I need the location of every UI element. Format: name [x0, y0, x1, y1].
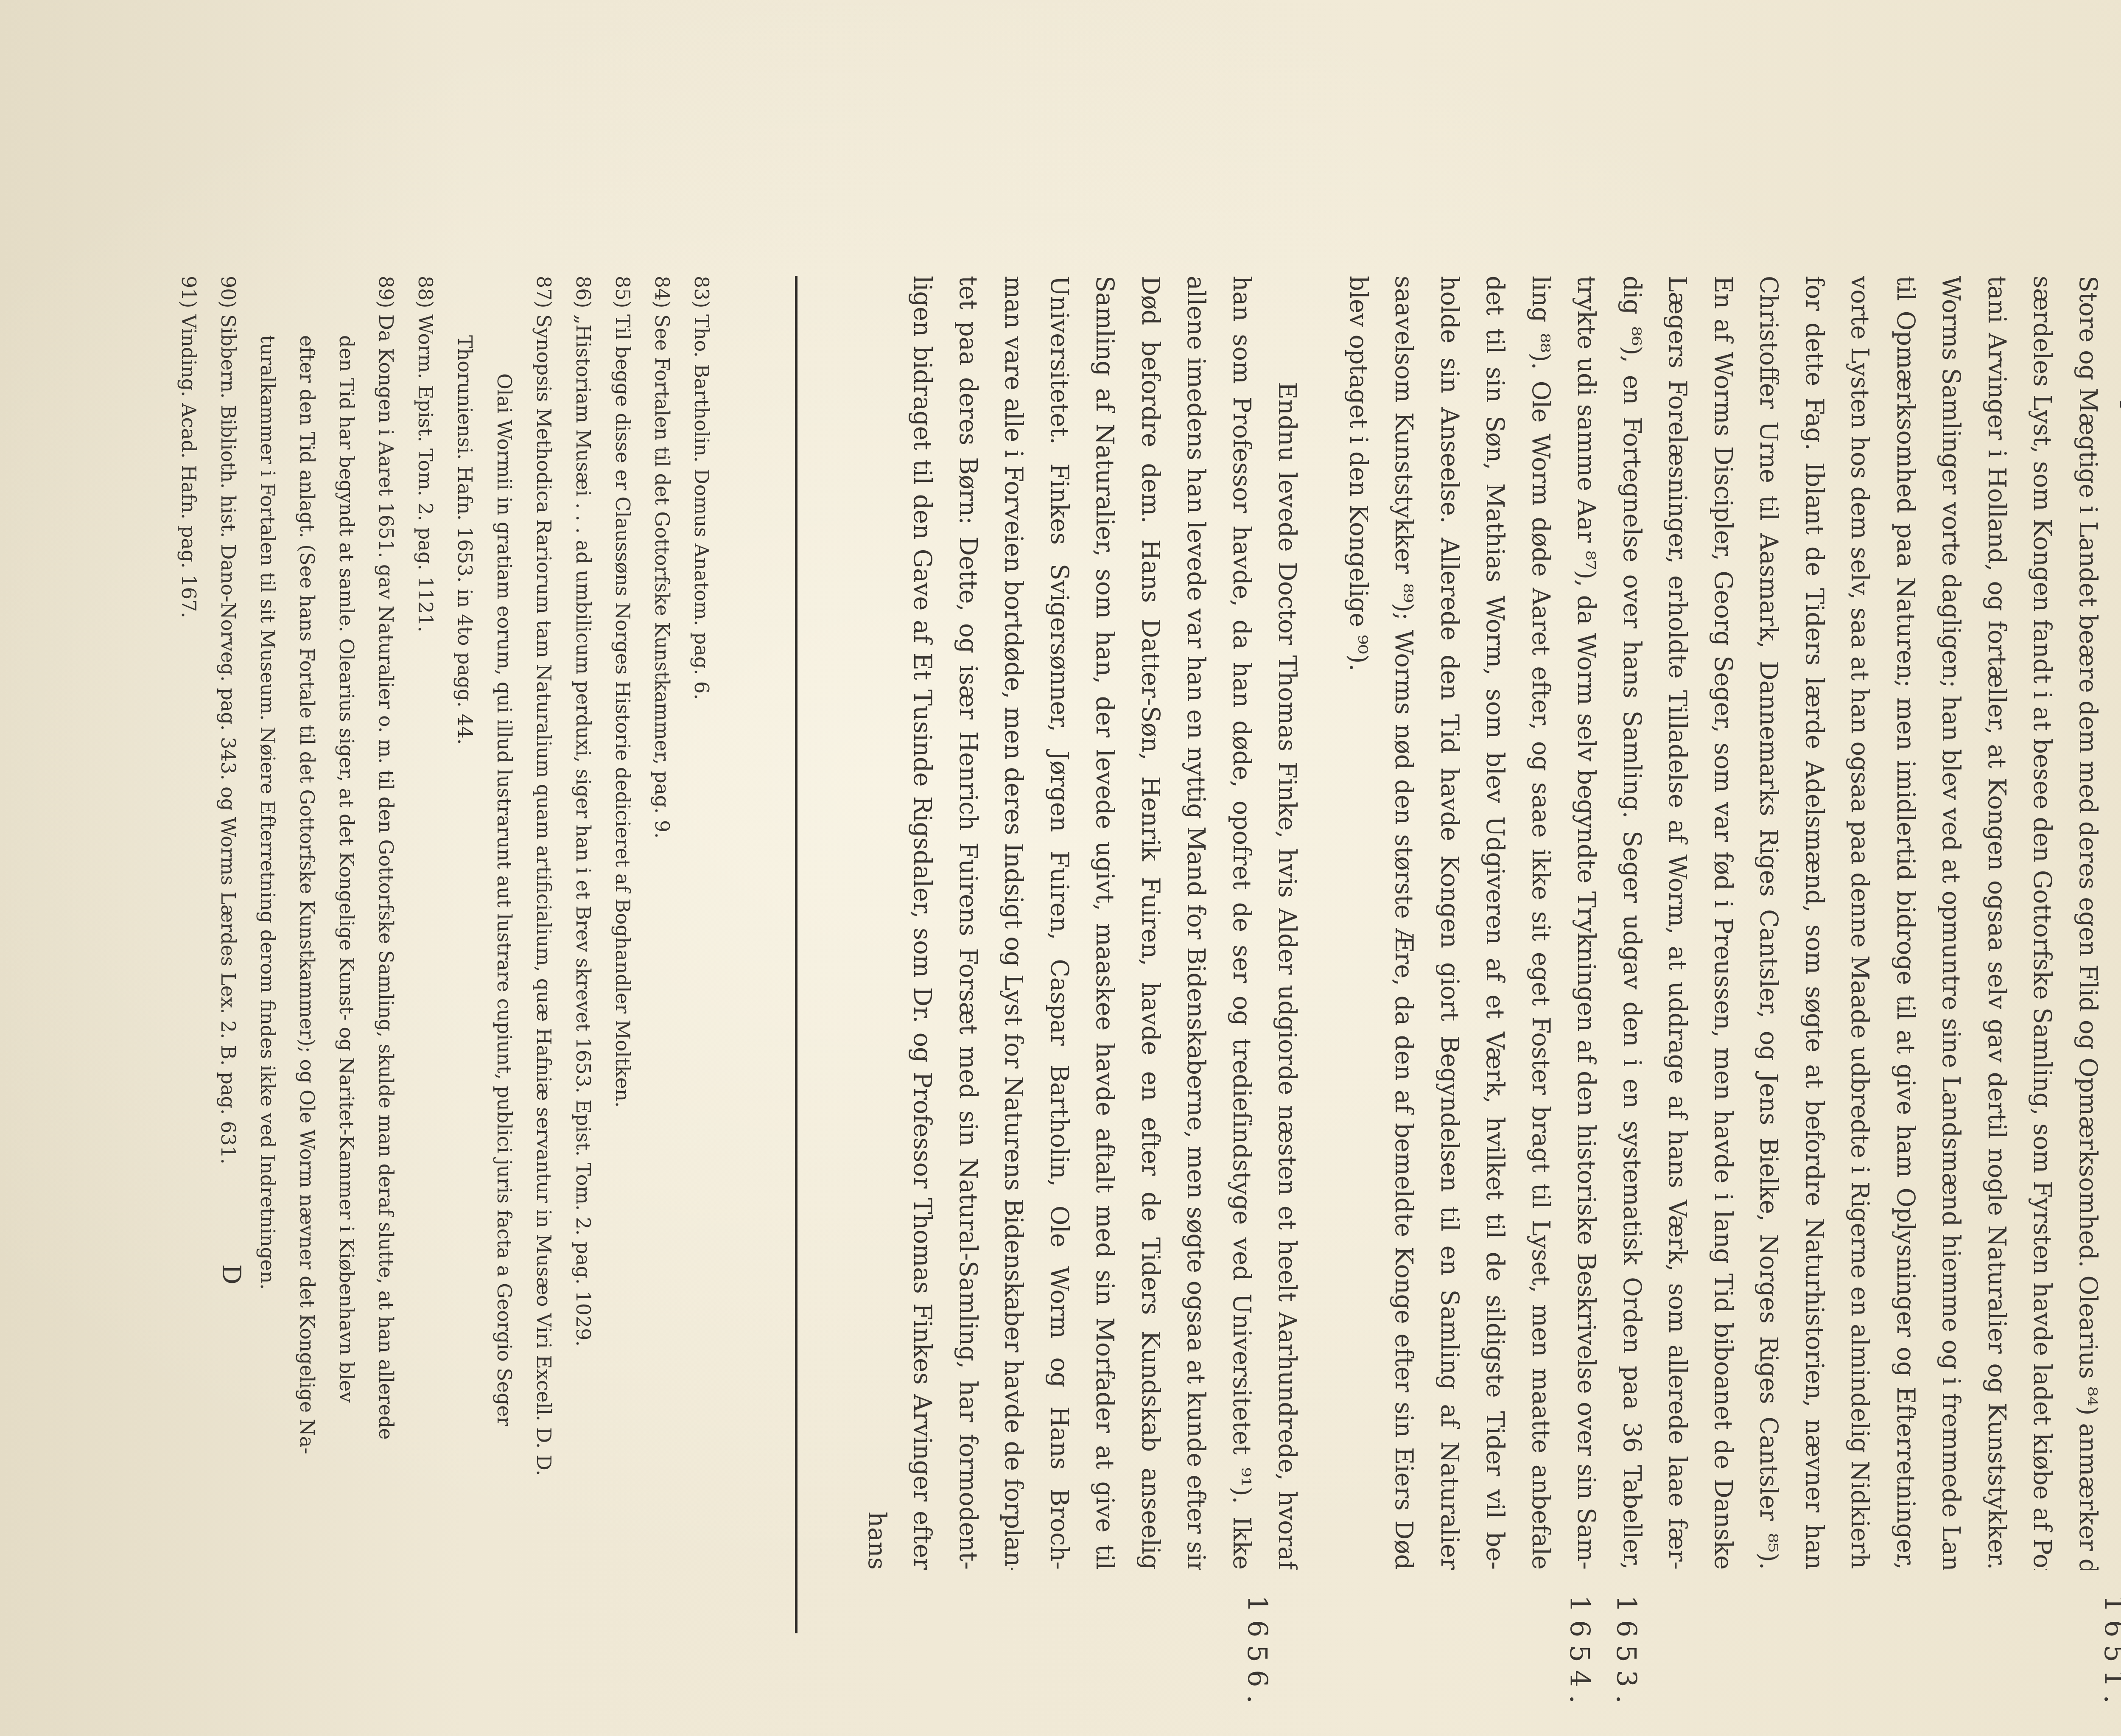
paragraph-2-line: man vare alle i Forveien bortdøde, men d…	[991, 276, 1036, 1570]
signature-mark: D	[216, 1264, 246, 1285]
footnote-89-continuation: turalkammer i Fortalen til sit Museum. N…	[248, 276, 287, 1570]
text-line: tomerede paa Theatret ⁸³), thi han indsa…	[2110, 276, 2121, 1570]
text-line: tani Arvinger i Holland, og fortæller, a…	[1974, 276, 2020, 1570]
text-line: saavelsom Kunststykker ⁸⁹); Worms nød de…	[1381, 276, 1427, 1570]
text-line: Store og Mægtige i Landet beære dem med …	[2065, 276, 2111, 1570]
footnote-87-continuation: Olai Wormii in gratiam eorum, qui illud …	[484, 276, 524, 1570]
text-line: Worms Samlinger vorte dagligen; han blev…	[1928, 276, 1974, 1570]
paragraph-2-line: han som Professor havde, da han døde, op…	[1219, 276, 1265, 1570]
footnote-divider-rule	[795, 276, 797, 1633]
margin-year-1654: 1654.	[1564, 1595, 1595, 1711]
catchword: hans	[854, 276, 900, 1570]
footnote-91: 91) Vinding. Acad. Hafn. pag. 167.	[169, 276, 208, 1570]
footnote-86: 86) „Historiam Musæi . . . ad umbilicum …	[563, 276, 603, 1570]
text-line: for dette Fag. Iblant de Tiders lærde Ad…	[1791, 276, 1837, 1570]
margin-year-1651: 1651.	[2098, 1595, 2121, 1711]
footnote-85: 85) Til begge disse er Claussøns Norges …	[603, 276, 642, 1570]
footnote-90: 90) Sibbern. Biblioth. hist. Dano-Norveg…	[208, 276, 248, 1570]
text-line: ling ⁸⁸). Ole Worm døde Aaret efter, og …	[1518, 276, 1564, 1570]
paragraph-2-line: Død befordre dem. Hans Datter-Søn, Henri…	[1128, 276, 1173, 1570]
footnote-84: 84) See Fortalen til det Gottorfske Kuns…	[642, 276, 682, 1570]
footnote-89-continuation: efter den Tid anlagt. (See hans Fortale …	[287, 276, 327, 1570]
text-line: trykte udi samme Aar ⁸⁷), da Worm selv b…	[1563, 276, 1609, 1570]
text-line: holde sin Anseelse. Allerede den Tid hav…	[1427, 276, 1472, 1570]
paragraph-2-line: allene imedens han levede var han en nyt…	[1173, 276, 1219, 1570]
footnote-87-continuation: Thoruniensi. Hafn. 1653. in 4to pagg. 44…	[445, 276, 484, 1570]
text-line: til Opmærksomhed paa Naturen; men imidle…	[1883, 276, 1928, 1570]
text-line: dig ⁸⁶), en Fortegnelse over hans Samlin…	[1609, 276, 1655, 1570]
paragraph-2-line: tet paa deres Børn: Dette, og især Henri…	[945, 276, 991, 1570]
footnotes: 83) Tho. Bartholin. Domus Anatom. pag. 6…	[169, 276, 721, 1570]
text-line: En af Worms Discipler, Georg Seger, som …	[1700, 276, 1746, 1570]
text-line: vorte Lysten hos dem selv, saa at han og…	[1837, 276, 1883, 1570]
text-line: Christoffer Urne til Aasmark, Dannemarks…	[1746, 276, 1791, 1570]
text-line: særdeles Lyst, som Kongen fandt i at bes…	[2019, 276, 2065, 1570]
margin-year-1656: 1656.	[1241, 1595, 1273, 1711]
paragraph-2-line: Samling af Naturalier, som han, der leve…	[1082, 276, 1128, 1570]
paragraph-2-line: Universitetet. Finkes Svigersønner, Jørg…	[1036, 276, 1082, 1570]
footnote-89-continuation: den Tid har begyndt at samle. Olearius s…	[327, 276, 366, 1570]
text-line: Lægers Forelæsninger, erholdte Tilladels…	[1654, 276, 1700, 1570]
main-text-body: ligesaavel som de Akademiske Forretninge…	[854, 276, 2121, 1570]
footnote-83: 83) Tho. Bartholin. Domus Anatom. pag. 6…	[682, 276, 721, 1570]
book-page: under de Danske Konger siden Universitet…	[0, 0, 2121, 1736]
paragraph-2-line: ligen bidraget til den Gave af Et Tusind…	[899, 276, 945, 1570]
footnote-87: 87) Synopsis Methodica Rariorum tam Natu…	[524, 276, 563, 1570]
text-line: det til sin Søn, Mathias Worm, som blev …	[1472, 276, 1518, 1570]
footnote-89: 89) Da Kongen i Aaret 1651. gav Naturali…	[366, 276, 406, 1570]
text-line: blev optaget i den Kongelige ⁹⁰).	[1335, 276, 1381, 1570]
paragraph-2-line: Endnu levede Doctor Thomas Finke, hvis A…	[1264, 276, 1310, 1570]
margin-year-1653: 1653.	[1610, 1595, 1642, 1711]
footnote-88: 88) Worm. Epist. Tom. 2. pag. 1121.	[406, 276, 445, 1570]
